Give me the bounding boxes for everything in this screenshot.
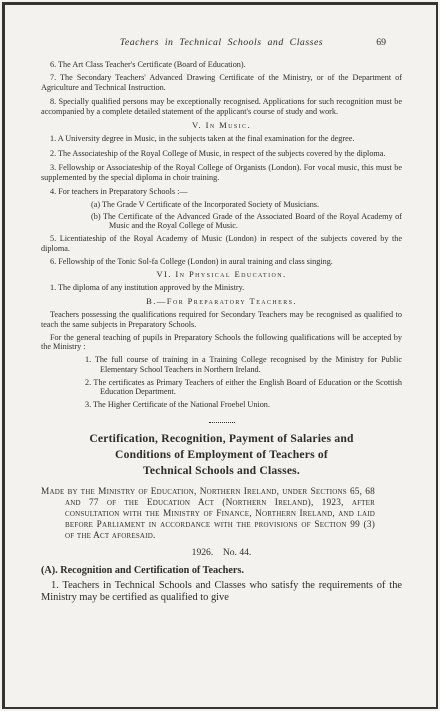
regulation-year-number: 1926. No. 44. — [41, 547, 402, 558]
running-title: Teachers in Technical Schools and Classe… — [120, 37, 323, 48]
page-content: Teachers in Technical Schools and Classe… — [5, 5, 436, 605]
schedule-item-8: 8. Specially qualified persons may be ex… — [41, 97, 402, 116]
scanned-document-page: Teachers in Technical Schools and Classe… — [0, 0, 440, 711]
preparatory-teachers-heading: B.—For Preparatory Teachers. — [41, 297, 402, 307]
physical-item-1: 1. The diploma of any institution approv… — [41, 283, 402, 293]
prep-paragraph-2: For the general teaching of pupils in Pr… — [41, 333, 402, 352]
music-item-3: 3. Fellowship or Associateship of the Ro… — [41, 163, 402, 182]
page-number: 69 — [376, 37, 386, 48]
music-section-heading: V. In Music. — [41, 121, 402, 131]
scan-border-frame: Teachers in Technical Schools and Classe… — [2, 2, 438, 709]
music-item-4-intro: 4. For teachers in Preparatory Schools :… — [41, 187, 402, 197]
schedule-item-7: 7. The Secondary Teachers' Advanced Draw… — [41, 73, 402, 92]
physical-education-heading: VI. In Physical Education. — [41, 270, 402, 280]
regulations-preamble: Made by the Ministry of Education, North… — [41, 487, 375, 542]
prep-paragraph-1: Teachers possessing the qualifications r… — [41, 310, 402, 329]
prep-item-1: 1. The full course of training in a Trai… — [85, 355, 402, 374]
schedule-item-6: 6. The Art Class Teacher's Certificate (… — [41, 60, 402, 70]
regulations-title-line-2: Conditions of Employment of Teachers of — [41, 447, 402, 463]
regulations-title: Certification, Recognition, Payment of S… — [41, 431, 402, 479]
running-header: Teachers in Technical Schools and Classe… — [41, 37, 402, 48]
music-item-4b: (b) The Certificate of the Advanced Grad… — [91, 212, 402, 231]
separator-rule — [209, 422, 235, 423]
music-item-6: 6. Fellowship of the Tonic Sol-fa Colleg… — [41, 257, 402, 267]
section-a-heading: (A). Recognition and Certification of Te… — [41, 565, 402, 577]
music-item-1: 1. A University degree in Music, in the … — [41, 134, 402, 144]
body-paragraph-1: 1. Teachers in Technical Schools and Cla… — [41, 580, 402, 605]
regulations-title-line-1: Certification, Recognition, Payment of S… — [41, 431, 402, 447]
music-item-4a: (a) The Grade V Certificate of the Incor… — [91, 200, 402, 210]
regulations-title-line-3: Technical Schools and Classes. — [41, 463, 402, 479]
music-item-2: 2. The Associateship of the Royal Colleg… — [41, 149, 402, 159]
prep-item-2: 2. The certificates as Primary Teachers … — [85, 378, 402, 397]
prep-item-3: 3. The Higher Certificate of the Nationa… — [85, 400, 402, 410]
music-item-5: 5. Licentiateship of the Royal Academy o… — [41, 234, 402, 253]
